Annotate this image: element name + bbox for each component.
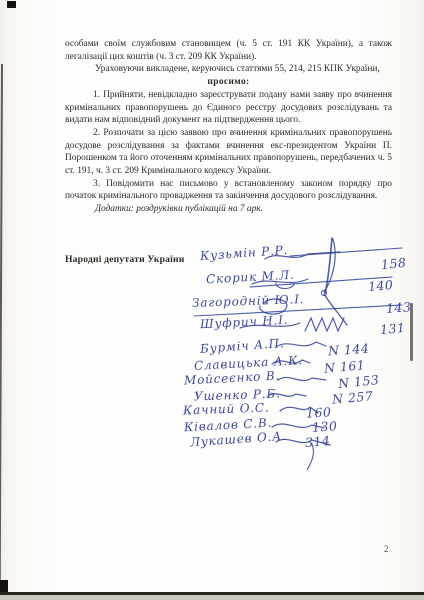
scan-left-edge-line (0, 64, 3, 594)
signature-name: Бурміч А.П. (200, 336, 285, 356)
signature-name: Кузьмін Р.Р. (200, 243, 289, 263)
request-item-1: 1. Прийняти, невідкладно зареєструвати п… (65, 89, 392, 127)
scanner-background (0, 595, 424, 600)
request-item-3: 3. Повідомити нас письмово у встановлено… (65, 178, 392, 203)
request-item-2: 2. Розпочати за цією заявою про вчинення… (65, 127, 392, 178)
signature-number: N 153 (337, 372, 380, 391)
signature-name: Загородній Ю.І. (192, 292, 305, 310)
signers-label: Народні депутати України (65, 254, 184, 265)
attachments-note: Додатки: роздруківки публікацій на 7 арк… (65, 203, 392, 216)
signature-number: 140 (367, 277, 394, 294)
signature-number: N 144 (328, 341, 370, 359)
signature-number: 143 (386, 299, 412, 316)
signature-number: 314 (304, 433, 331, 450)
signature-number: 131 (379, 320, 406, 337)
scan-corner-mark (7, 1, 16, 8)
document-body: особами своїм службовим становищем (ч. 5… (65, 38, 392, 216)
request-heading: просимо: (65, 76, 392, 89)
page-number: 2 (384, 544, 389, 554)
paragraph-considering: Ураховуючи викладене, керуючись статтями… (65, 63, 392, 76)
paragraph-intro-continuation: особами своїм службовим становищем (ч. 5… (65, 38, 392, 63)
scanned-document-page: особами своїм службовим становищем (ч. 5… (0, 0, 424, 600)
signature-name: Качний О.С. (183, 400, 270, 417)
signature-name: Скорик М.Л. (206, 268, 295, 287)
signature-number: N 257 (331, 388, 373, 407)
signature-number: 158 (380, 255, 407, 273)
signature-name: Шуфрич Н.І. (200, 313, 289, 332)
